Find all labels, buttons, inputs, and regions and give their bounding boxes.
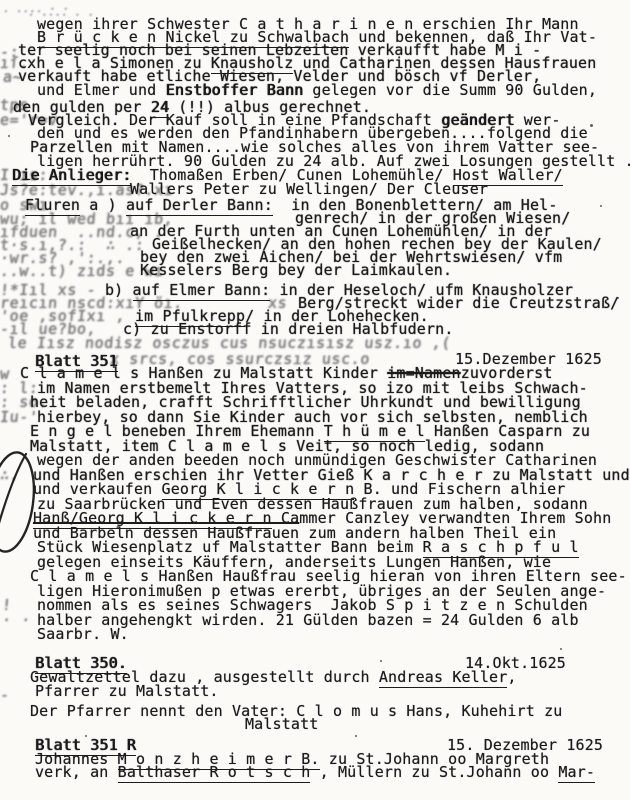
ink-speck <box>8 135 10 137</box>
ink-smudge: ∴. <box>0 469 20 482</box>
text-segment: Andreas Keller <box>379 668 508 688</box>
ink-smudge: Iu-' <box>0 411 39 424</box>
ink-smudge: · ···· · · <box>27 9 94 22</box>
text-line: Wallers Peter zu Wellingen/ Der Cleuser <box>130 183 488 196</box>
ink-speck <box>560 648 562 650</box>
ink-speck <box>380 660 382 662</box>
ink-smudge: · · <box>1 614 31 627</box>
ink-speck <box>617 297 619 299</box>
text-line: Saarbr. W. <box>37 628 129 641</box>
text-segment: und Elmer und <box>37 81 166 99</box>
text-line: Kesselers Berg bey der Laimkaulen. <box>140 264 452 277</box>
text-line: Malstatt <box>245 718 318 731</box>
text-segment: Saarbr. W. <box>37 625 129 643</box>
ink-smudge: e='r=v <box>0 114 58 127</box>
ink-smudge: xs <box>267 297 287 310</box>
ink-smudge: x srcs, cos ssurczsız usc.o <box>109 353 370 366</box>
text-line: verk, an Balthaser R o t s c h , Müllern… <box>35 766 595 779</box>
text-segment: Kesselers Berg bey der Laimkaulen. <box>140 261 452 279</box>
ink-smudge: le Iısz nodisz osczus cus nsuczısısz usz… <box>7 337 451 350</box>
ink-smudge: - <box>0 689 10 702</box>
text-segment: gelegen vor die Summ 90 Gulden, <box>303 81 597 99</box>
ink-speck <box>590 124 593 127</box>
ink-smudge: a~ <box>2 71 22 84</box>
text-segment: Balthaser R o t s c h <box>118 763 311 783</box>
text-segment: , Müllern zu St.Johann oo <box>310 763 558 781</box>
text-segment: Mar- <box>558 763 595 783</box>
text-line: und Elmer und Enstboffer Bann gelegen vo… <box>37 84 597 97</box>
text-segment: , <box>507 668 516 686</box>
text-segment: Pfarrer zu Malstatt. <box>35 682 219 700</box>
ink-smudge: ..w..t) zıds e wı <box>0 265 164 278</box>
ink-speck <box>600 205 602 207</box>
text-segment: Enstboffer Bann <box>166 81 304 99</box>
text-segment: Malstatt <box>245 715 318 733</box>
ink-speck <box>85 735 87 737</box>
document-page: wegen ihrer Schwester C a t h a r i n e … <box>0 0 630 800</box>
text-line: Pfarrer zu Malstatt. <box>35 685 219 698</box>
ink-speck <box>355 735 357 737</box>
text-segment: verk, an <box>35 763 118 781</box>
